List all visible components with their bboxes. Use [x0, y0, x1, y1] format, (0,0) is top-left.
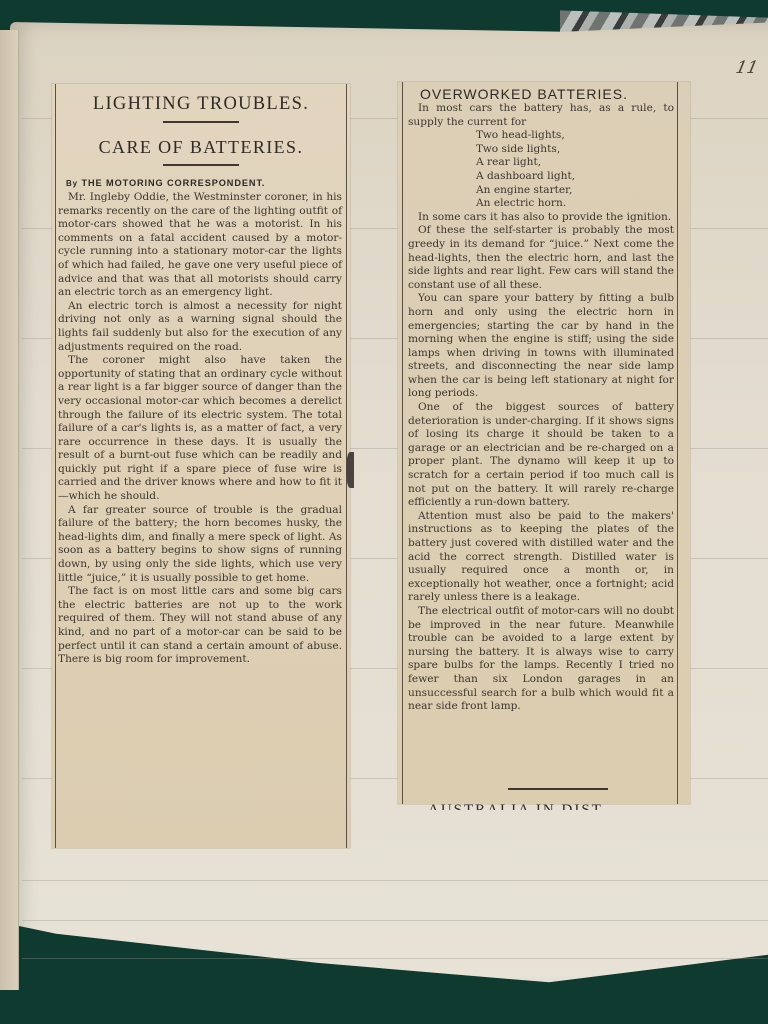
paragraph: In some cars it has also to provide the …	[408, 211, 674, 225]
list-item: An electric horn.	[476, 197, 674, 211]
paragraph: The coroner might also have taken the op…	[58, 354, 342, 504]
column-rule-left	[402, 82, 403, 804]
subheadline: CARE OF BATTERIES.	[52, 137, 350, 158]
column-rule-left	[55, 84, 56, 848]
headline-divider	[163, 121, 239, 123]
subheadline-divider	[163, 164, 239, 166]
article-body: Mr. Ingleby Oddie, the Westminster coron…	[52, 191, 350, 667]
clipping-lighting-troubles: LIGHTING TROUBLES. CARE OF BATTERIES. By…	[52, 84, 350, 848]
byline-prefix: By	[66, 179, 78, 188]
article-end-rule	[508, 788, 608, 790]
paragraph: An electric torch is almost a necessity …	[58, 300, 342, 354]
byline-author: THE MOTORING CORRESPONDENT.	[81, 178, 265, 188]
ruled-line	[22, 958, 768, 959]
clipping-overworked-batteries: OVERWORKED BATTERIES. In most cars the b…	[398, 82, 690, 804]
intro-paragraph: In most cars the battery has, as a rule,…	[408, 102, 674, 129]
torn-paper-mark	[346, 452, 354, 488]
byline: By THE MOTORING CORRESPONDENT.	[66, 178, 350, 188]
paragraph: Of these the self-starter is probably th…	[408, 224, 674, 292]
list-item: Two side lights,	[476, 143, 674, 157]
cut-off-headline: AUSTRALIA IN DIST	[428, 802, 603, 810]
list-item: An engine starter,	[476, 184, 674, 198]
paragraph: The fact is on most little cars and some…	[58, 585, 342, 667]
handwritten-page-number: 11	[734, 58, 760, 78]
ruled-line	[22, 920, 768, 921]
paragraph: A far greater source of trouble is the g…	[58, 504, 342, 586]
paragraph: The electrical outfit of motor-cars will…	[408, 605, 674, 714]
headline: LIGHTING TROUBLES.	[52, 94, 350, 115]
article-body: In most cars the battery has, as a rule,…	[398, 102, 690, 714]
paragraph: Mr. Ingleby Oddie, the Westminster coron…	[58, 191, 342, 300]
column-rule-right	[677, 82, 678, 804]
paragraph: Attention must also be paid to the maker…	[408, 510, 674, 605]
headline: OVERWORKED BATTERIES.	[420, 86, 690, 102]
list-item: Two head-lights,	[476, 129, 674, 143]
load-list: Two head-lights, Two side lights, A rear…	[476, 129, 674, 211]
paragraph: You can spare your battery by fitting a …	[408, 292, 674, 401]
paragraph: One of the biggest sources of battery de…	[408, 401, 674, 510]
list-item: A dashboard light,	[476, 170, 674, 184]
list-item: A rear light,	[476, 156, 674, 170]
page-spine-edge	[0, 30, 19, 990]
ruled-line	[22, 880, 768, 881]
